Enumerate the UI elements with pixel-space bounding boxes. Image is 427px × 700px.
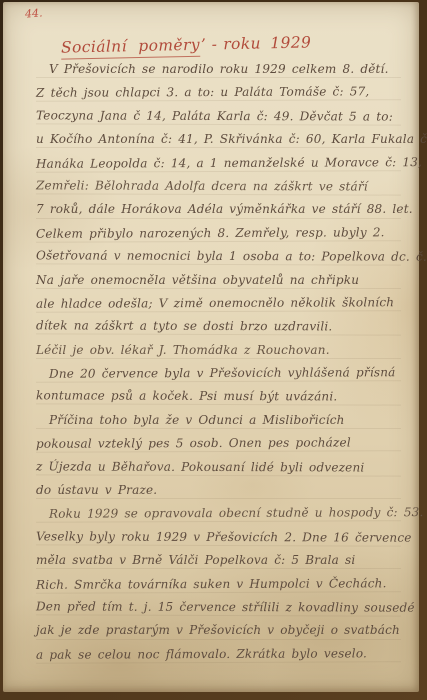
manuscript-line: Dne 20 července byla v Přešovicích vyhlá… — [36, 361, 405, 386]
manuscript-body: V Přešovicích se narodilo roku 1929 celk… — [36, 58, 405, 666]
manuscript-line: do ústavu v Praze. — [36, 479, 405, 502]
manuscript-line: V Přešovicích se narodilo roku 1929 celk… — [36, 58, 405, 81]
manuscript-line: Z těch jsou chlapci 3. a to: u Paláta To… — [36, 81, 405, 106]
page-title-separator: ’ - — [200, 35, 224, 53]
manuscript-line: Den před tím t. j. 15 července střílili … — [36, 595, 405, 620]
manuscript-line: Celkem přibylo narozených 8. Zemřely, re… — [36, 221, 405, 246]
manuscript-line: Roku 1929 se opravovala obecní studně u … — [36, 502, 405, 527]
manuscript-line: ale hladce odešla; V zimě onemocnělo něk… — [36, 291, 405, 316]
manuscript-line: Rich. Smrčka továrníka suken v Humpolci … — [36, 572, 405, 597]
manuscript-line: Příčina toho byla že v Odunci a Misliboř… — [36, 409, 405, 432]
page-number: 44. — [25, 6, 43, 20]
manuscript-line: kontumace psů a koček. Psi musí být uváz… — [36, 385, 405, 410]
chronicle-page: 44. Sociální poměry’ -roku 1929 V Přešov… — [3, 2, 419, 692]
page-title-year: roku 1929 — [223, 33, 311, 53]
manuscript-line: jak je zde prastarým v Přešovicích v oby… — [36, 619, 405, 642]
manuscript-line: měla svatba v Brně Válči Popelkova č: 5 … — [36, 549, 405, 572]
manuscript-line: Ošetřovaná v nemocnici byla 1 osoba a to… — [36, 244, 405, 269]
manuscript-line: Na jaře onemocněla většina obyvatelů na … — [36, 269, 405, 292]
manuscript-line: Hanáka Leopolda č: 14, a 1 nemanželské u… — [36, 151, 405, 176]
manuscript-photo: 44. Sociální poměry’ -roku 1929 V Přešov… — [0, 0, 427, 700]
manuscript-line: u Kočího Antonína č: 41, P. Skřivánka č:… — [36, 128, 405, 151]
manuscript-line: pokousal vzteklý pes 5 osob. Onen pes po… — [36, 431, 405, 456]
manuscript-line: Teoczyna Jana č 14, Paláta Karla č: 49. … — [36, 104, 405, 129]
manuscript-line: a pak se celou noc flámovalo. Zkrátka by… — [36, 642, 405, 667]
manuscript-line: Veselky byly roku 1929 v Přešovicích 2. … — [36, 525, 405, 550]
manuscript-line: 7 roků, dále Horákova Adéla výměnkářka v… — [36, 198, 405, 221]
page-title-main: Sociální poměry — [61, 36, 200, 60]
manuscript-line: Léčil je obv. lékař J. Thomádka z Roucho… — [36, 339, 405, 362]
manuscript-line: z Újezda u Běhařova. Pokousaní lidé byli… — [36, 455, 405, 480]
manuscript-line: Zemřeli: Bělohrada Adolfa dcera na záškr… — [36, 174, 405, 199]
page-title: Sociální poměry’ -roku 1929 — [61, 33, 312, 56]
manuscript-line: dítek na záškrt a tyto se dosti brzo uzd… — [36, 315, 405, 340]
